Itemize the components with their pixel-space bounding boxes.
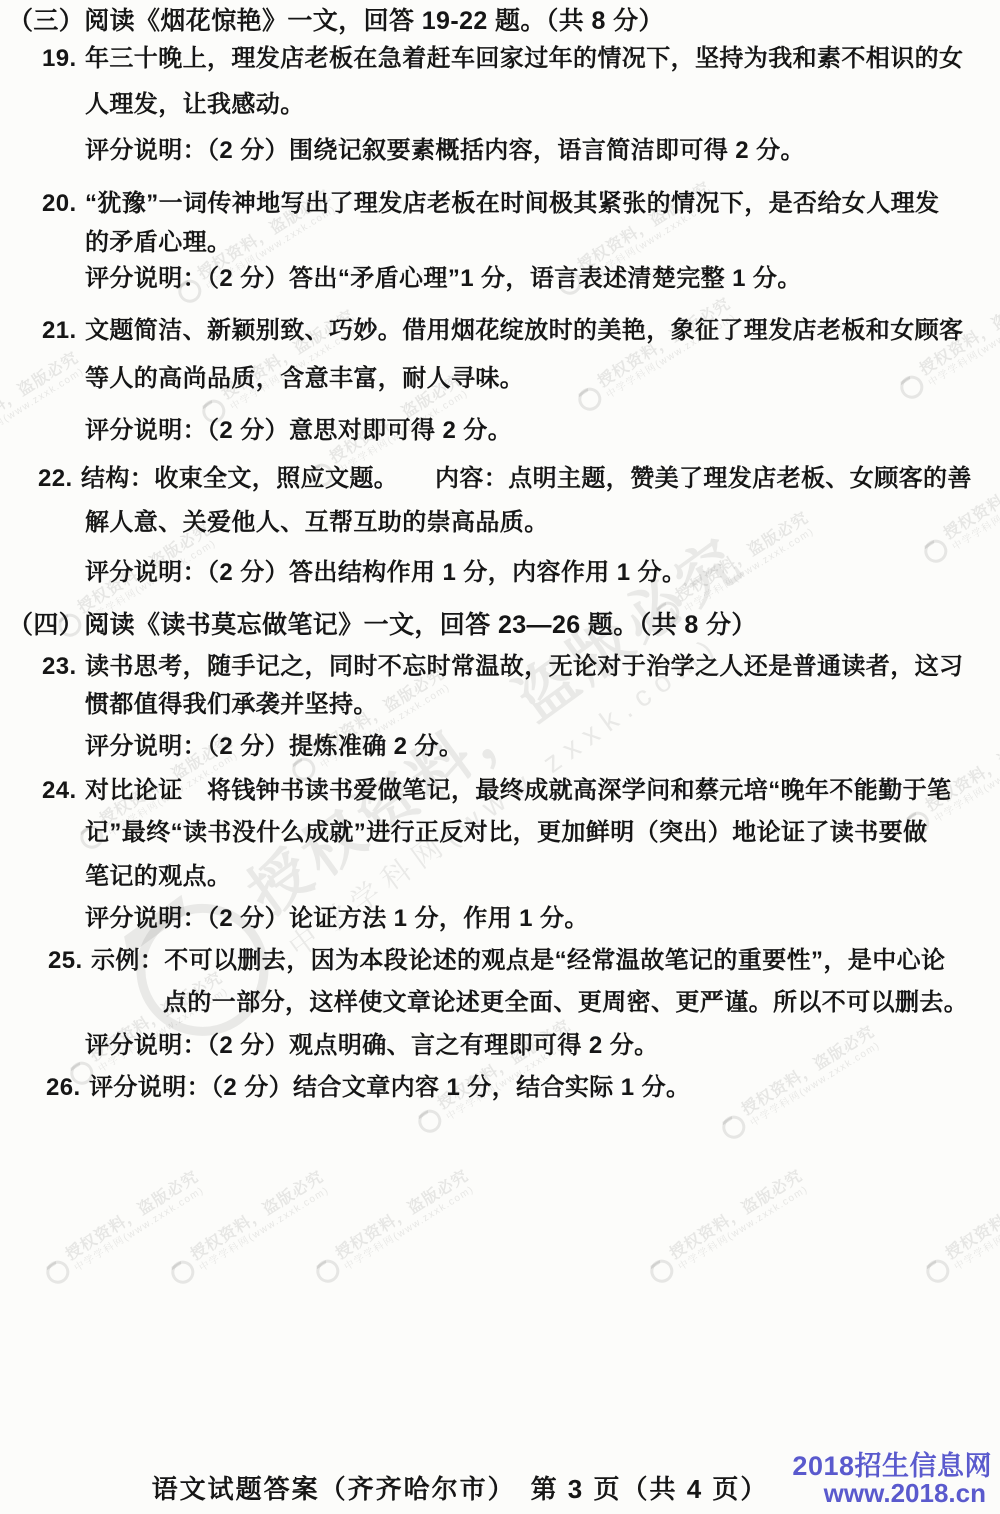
answer-line-25: 25.示例：不可以删去，因为本段论述的观点是“经常温故笔记的重要性”，是中心论 bbox=[48, 946, 945, 976]
answer-line-20-cont: 的矛盾心理。 bbox=[85, 228, 231, 258]
answer-line-24-cont: 记”最终“读书没什么成就”进行正反对比，更加鲜明（突出）地论证了读书要做 bbox=[85, 818, 927, 848]
answer-line-19-cont: 人理发，让我感动。 bbox=[85, 90, 305, 120]
question-number: 24. bbox=[42, 776, 85, 806]
answer-line-23-cont: 惯都值得我们承袭并坚持。 bbox=[85, 690, 378, 720]
scoring-note-24: 评分说明：（2 分）论证方法 1 分，作用 1 分。 bbox=[85, 904, 589, 934]
question-number: 23. bbox=[42, 652, 85, 682]
scoring-note-22: 评分说明：（2 分）答出结构作用 1 分，内容作用 1 分。 bbox=[85, 558, 686, 588]
answer-text: 示例：不可以删去，因为本段论述的观点是“经常温故笔记的重要性”，是中心论 bbox=[91, 947, 945, 974]
site-url-stamp: www.2018.cn bbox=[824, 1478, 986, 1509]
question-number: 26. bbox=[46, 1073, 89, 1103]
answer-document: （三）阅读《烟花惊艳》一文，回答 19-22 题。（共 8 分） 19.年三十晚… bbox=[0, 0, 1000, 1514]
question-number: 20. bbox=[42, 189, 85, 219]
answer-text: 评分说明：（2 分）结合文章内容 1 分，结合实际 1 分。 bbox=[89, 1074, 690, 1101]
answer-line-22: 22.结构：收束全文，照应文题。 内容：点明主题，赞美了理发店老板、女顾客的善 bbox=[38, 464, 972, 494]
question-number: 22. bbox=[38, 464, 81, 494]
answer-line-24-cont2: 笔记的观点。 bbox=[85, 862, 231, 892]
question-number: 19. bbox=[42, 44, 85, 74]
answer-text: “犹豫”一词传神地写出了理发店老板在时间极其紧张的情况下，是否给女人理发 bbox=[85, 190, 939, 217]
section-3-heading: （三）阅读《烟花惊艳》一文，回答 19-22 题。（共 8 分） bbox=[8, 6, 664, 36]
answer-line-22-cont: 解人意、关爱他人、互帮互助的崇高品质。 bbox=[85, 508, 549, 538]
answer-text: 对比论证 将钱钟书读书爱做笔记，最终成就高深学问和蔡元培“晚年不能勤于笔 bbox=[85, 777, 951, 804]
answer-text: 读书思考，随手记之，同时不忘时常温故，无论对于治学之人还是普通读者，这习 bbox=[85, 653, 963, 680]
answer-line-24: 24.对比论证 将钱钟书读书爱做笔记，最终成就高深学问和蔡元培“晚年不能勤于笔 bbox=[42, 776, 951, 806]
answer-text: 结构：收束全文，照应文题。 内容：点明主题，赞美了理发店老板、女顾客的善 bbox=[81, 465, 972, 492]
scoring-note-20: 评分说明：（2 分）答出“矛盾心理”1 分，语言表述清楚完整 1 分。 bbox=[85, 264, 802, 294]
answer-line-20: 20.“犹豫”一词传神地写出了理发店老板在时间极其紧张的情况下，是否给女人理发 bbox=[42, 189, 939, 219]
answer-text: 文题简洁、新颖别致、巧妙。借用烟花绽放时的美艳，象征了理发店老板和女顾客 bbox=[85, 317, 963, 344]
scanned-answer-page: 授权资料，盗版必究中学学科网(www.zxxk.com) 授权资料，盗版必究中学… bbox=[0, 0, 1000, 1514]
page-footer-label: 语文试题答案（齐齐哈尔市） 第 3 页（共 4 页） bbox=[152, 1469, 769, 1506]
answer-line-21-cont: 等人的高尚品质，含意丰富，耐人寻味。 bbox=[85, 364, 524, 394]
section-4-heading: （四）阅读《读书莫忘做笔记》一文，回答 23—26 题。（共 8 分） bbox=[8, 610, 757, 640]
answer-text: 年三十晚上，理发店老板在急着赶车回家过年的情况下，坚持为我和素不相识的女 bbox=[85, 45, 963, 72]
answer-line-21: 21.文题简洁、新颖别致、巧妙。借用烟花绽放时的美艳，象征了理发店老板和女顾客 bbox=[42, 316, 963, 346]
scoring-note-19: 评分说明：（2 分）围绕记叙要素概括内容，语言简洁即可得 2 分。 bbox=[85, 136, 805, 166]
scoring-note-25: 评分说明：（2 分）观点明确、言之有理即可得 2 分。 bbox=[85, 1031, 659, 1061]
question-number: 25. bbox=[48, 946, 91, 976]
answer-line-23: 23.读书思考，随手记之，同时不忘时常温故，无论对于治学之人还是普通读者，这习 bbox=[42, 652, 963, 682]
scoring-note-23: 评分说明：（2 分）提炼准确 2 分。 bbox=[85, 732, 463, 762]
scoring-note-21: 评分说明：（2 分）意思对即可得 2 分。 bbox=[85, 416, 512, 446]
question-number: 21. bbox=[42, 316, 85, 346]
answer-line-19: 19.年三十晚上，理发店老板在急着赶车回家过年的情况下，坚持为我和素不相识的女 bbox=[42, 44, 963, 74]
answer-line-26: 26.评分说明：（2 分）结合文章内容 1 分，结合实际 1 分。 bbox=[46, 1073, 690, 1103]
answer-line-25-cont: 点的一部分，这样使文章论述更全面、更周密、更严谨。所以不可以删去。 bbox=[163, 988, 968, 1018]
